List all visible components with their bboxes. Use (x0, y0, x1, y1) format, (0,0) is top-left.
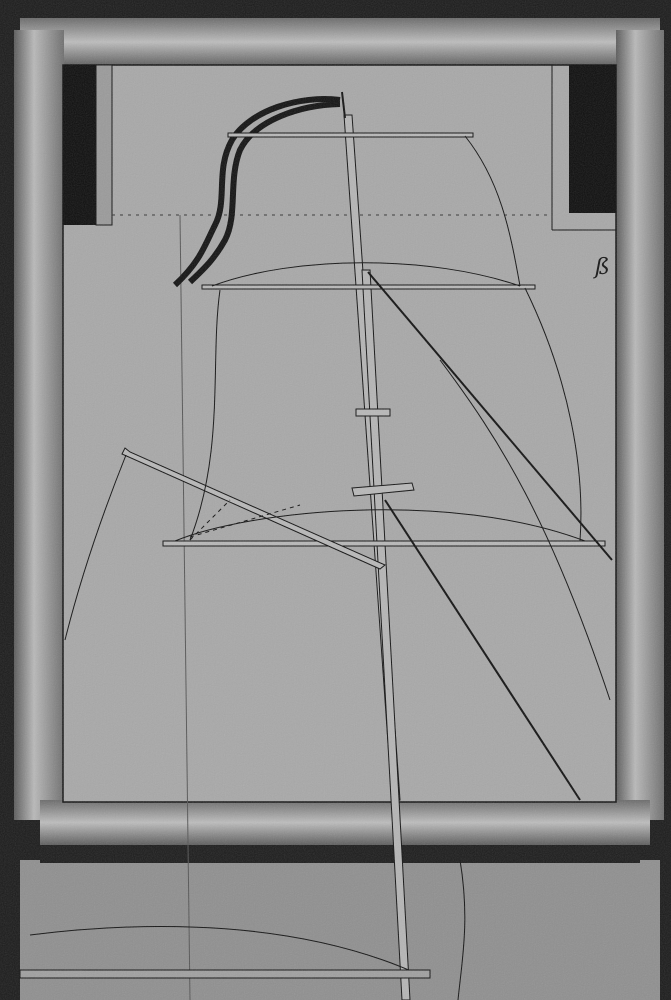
handwritten-mark: ß (595, 255, 610, 280)
framed-mast-drawing-photo (0, 0, 671, 1000)
